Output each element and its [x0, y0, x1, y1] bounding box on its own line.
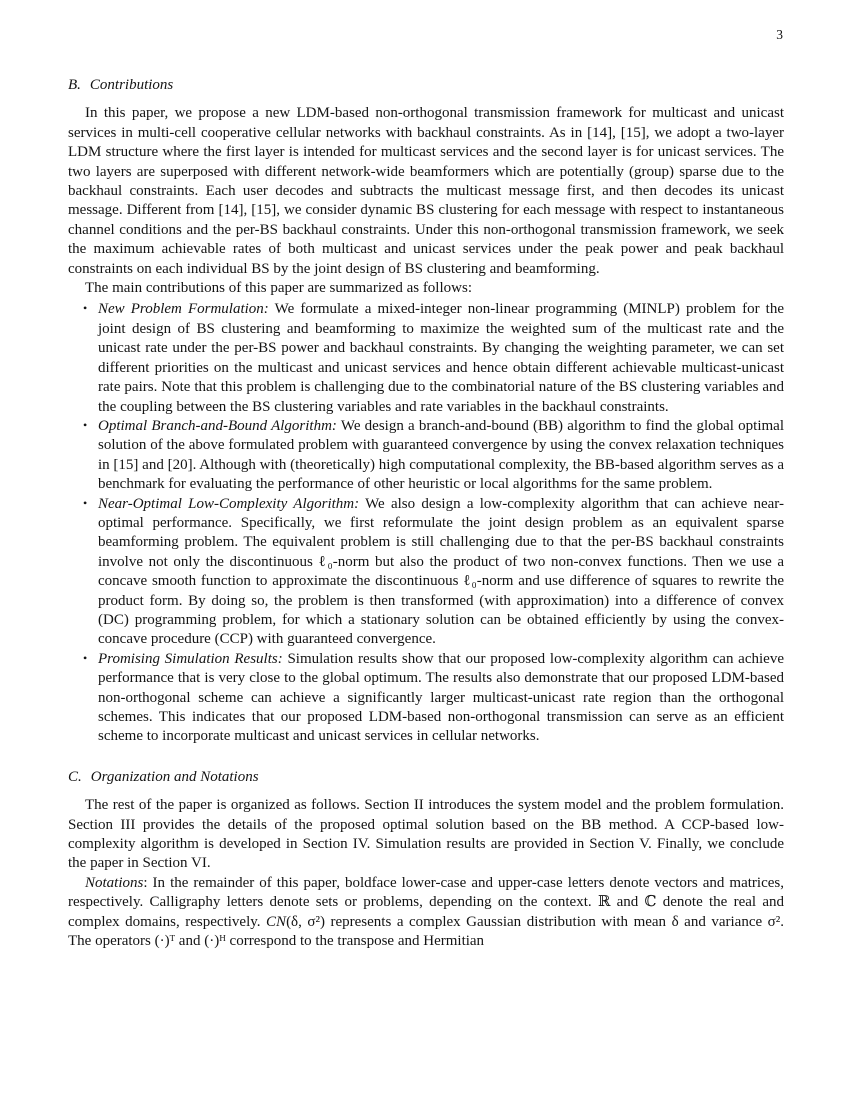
bullet-text: We formulate a mixed-integer non-linear …	[98, 301, 784, 414]
complex-gaussian-symbol: CN	[266, 914, 286, 930]
bullet-icon: •	[83, 494, 87, 513]
section-organization-notations: C.Organization and Notations The rest of…	[68, 768, 784, 952]
bullet-lead: Promising Simulation Results:	[98, 651, 283, 667]
paragraph-intro: In this paper, we propose a new LDM-base…	[68, 104, 784, 279]
list-item: • Promising Simulation Results: Simulati…	[68, 650, 784, 747]
list-item: • New Problem Formulation: We formulate …	[68, 300, 784, 416]
paragraph-contributions-lead-in: The main contributions of this paper are…	[68, 279, 784, 298]
section-label: B.	[68, 77, 81, 93]
bullet-text: We also design a low-complexity algorith…	[98, 496, 784, 648]
bullet-lead: Optimal Branch-and-Bound Algorithm:	[98, 418, 337, 434]
section-label: C.	[68, 769, 82, 785]
paragraph-notations: Notations: In the remainder of this pape…	[68, 874, 784, 952]
section-heading-organization: C.Organization and Notations	[68, 768, 784, 787]
list-item: • Near-Optimal Low-Complexity Algorithm:…	[68, 495, 784, 650]
section-heading-contributions: B.Contributions	[68, 76, 784, 95]
list-item: • Optimal Branch-and-Bound Algorithm: We…	[68, 417, 784, 495]
bullet-icon: •	[83, 299, 87, 318]
section-contributions: B.Contributions In this paper, we propos…	[68, 76, 784, 747]
bullet-lead: New Problem Formulation:	[98, 301, 269, 317]
paper-page: 3 B.Contributions In this paper, we prop…	[0, 0, 850, 1100]
paragraph-organization: The rest of the paper is organized as fo…	[68, 796, 784, 874]
notations-lead: Notations	[85, 875, 143, 891]
bullet-lead: Near-Optimal Low-Complexity Algorithm:	[98, 496, 359, 512]
contributions-list: • New Problem Formulation: We formulate …	[68, 300, 784, 746]
bullet-icon: •	[83, 416, 87, 435]
section-title: Organization and Notations	[91, 769, 259, 785]
section-title: Contributions	[90, 77, 173, 93]
bullet-icon: •	[83, 649, 87, 668]
page-number: 3	[776, 27, 783, 43]
page-content: B.Contributions In this paper, we propos…	[68, 76, 784, 951]
